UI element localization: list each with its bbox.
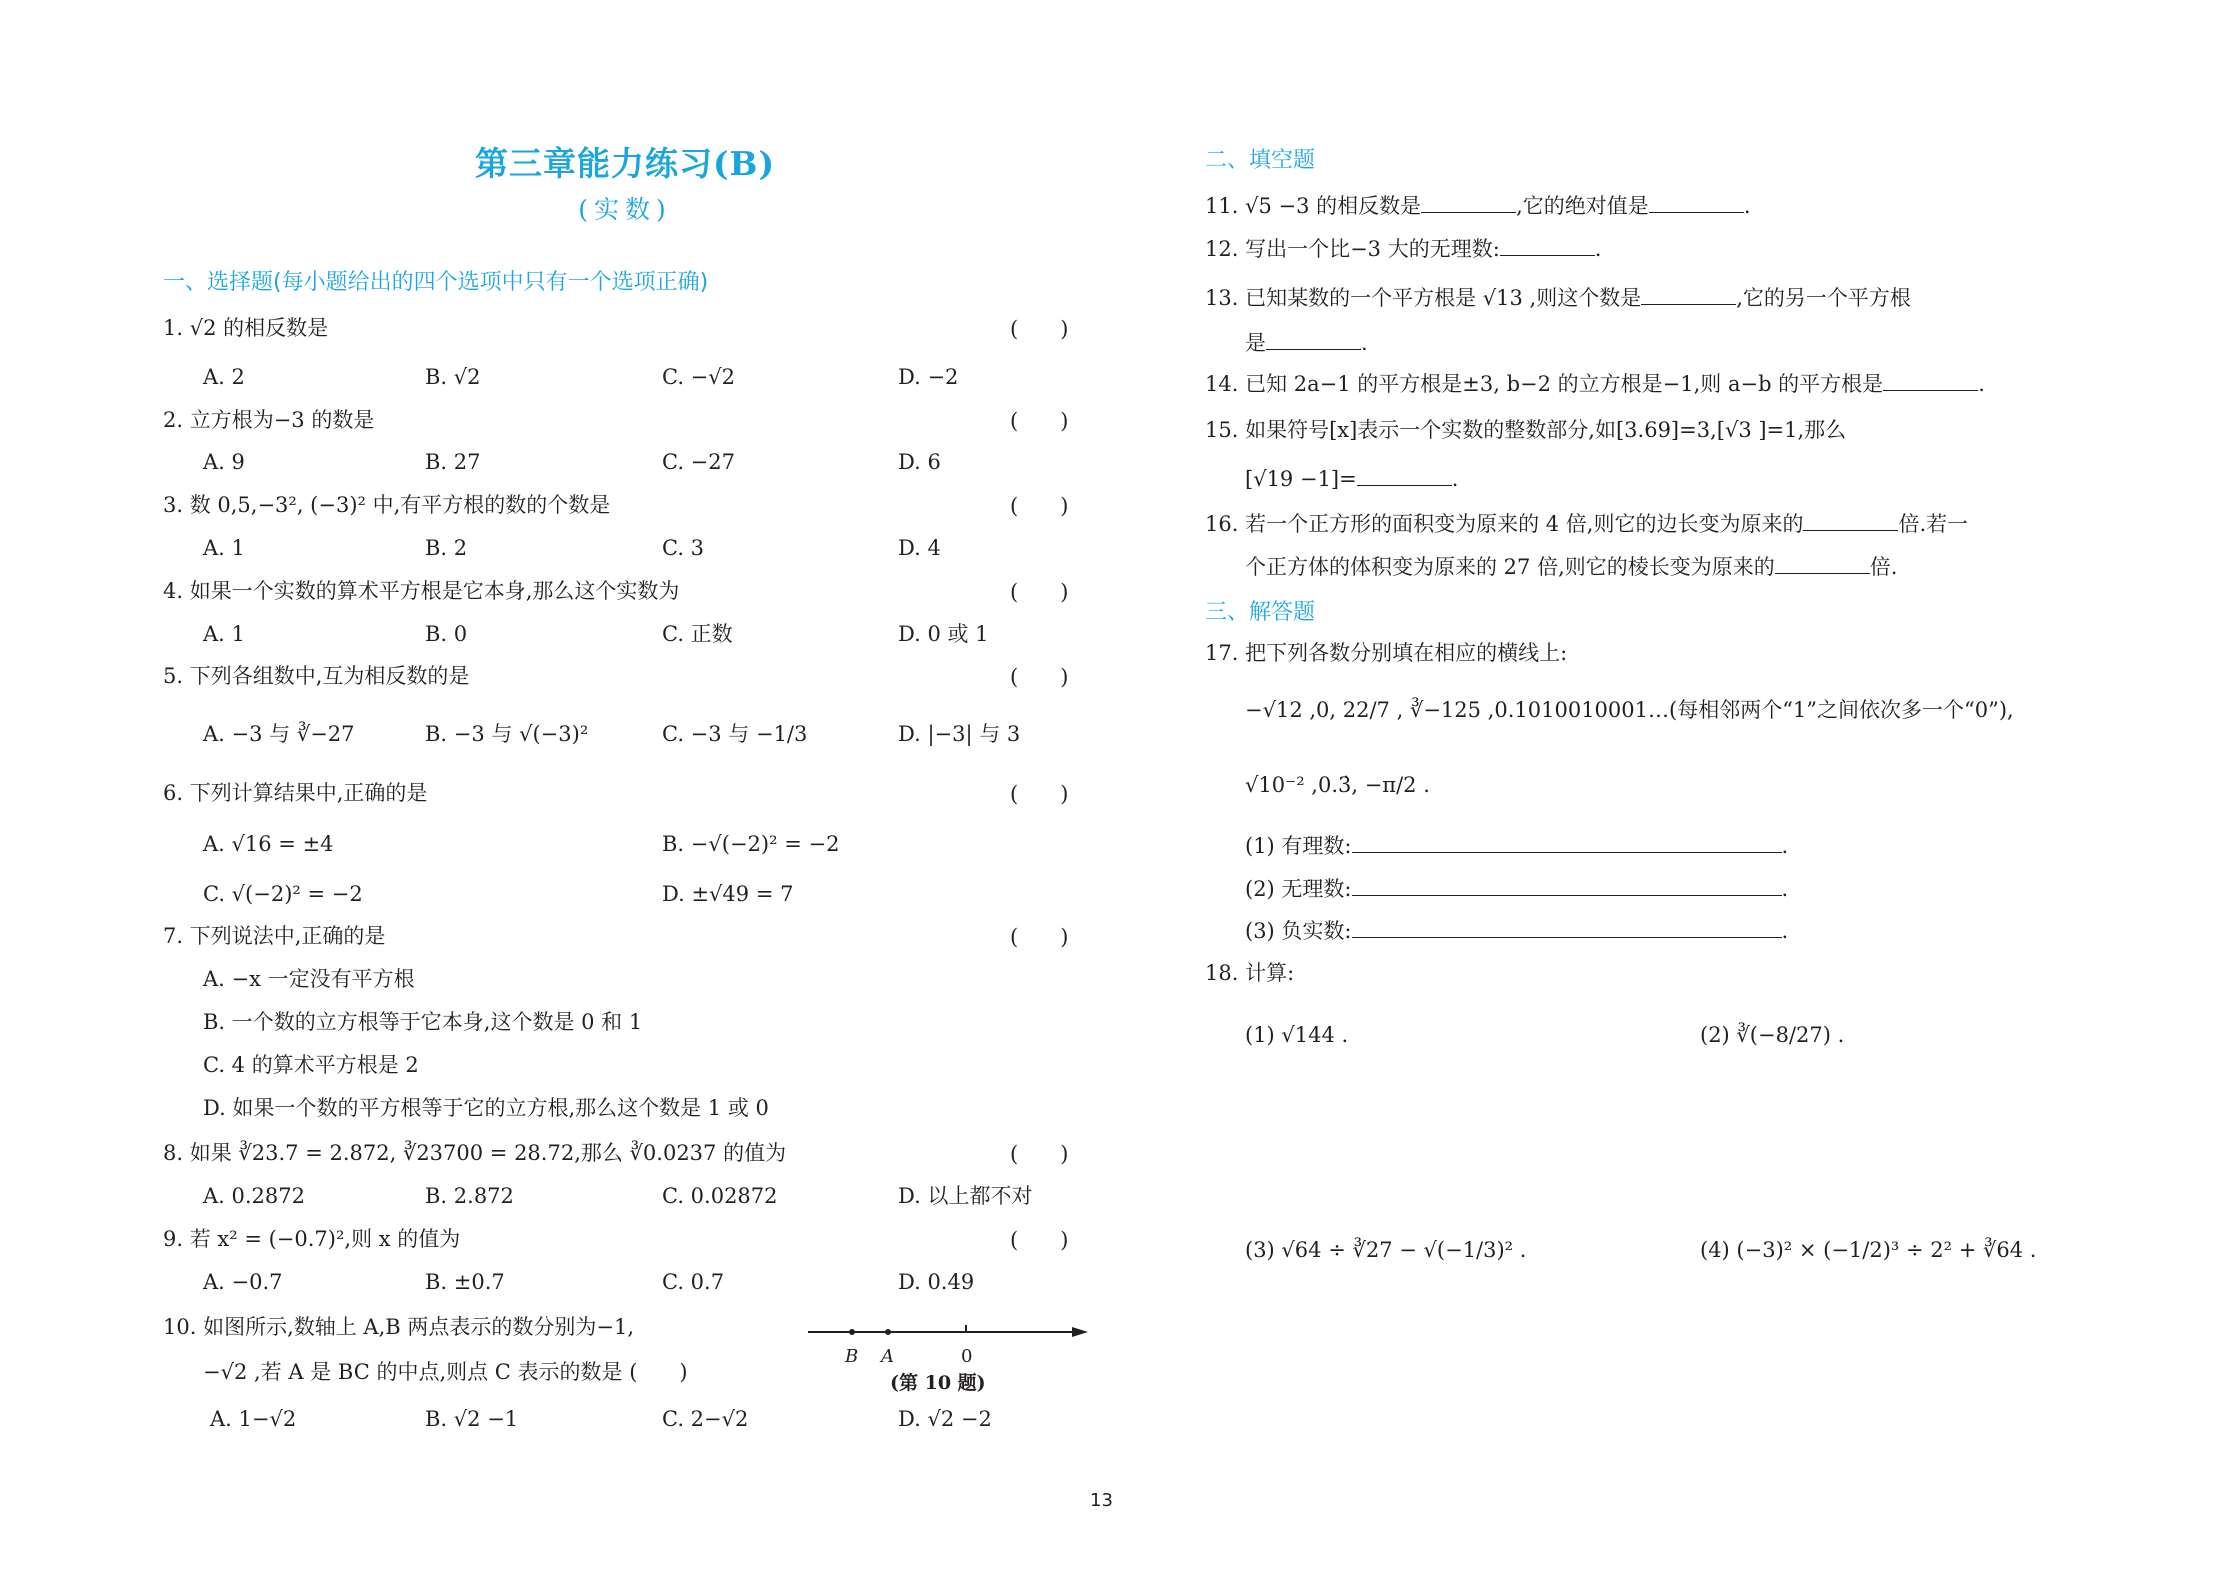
question-2: 2. 立方根为−3 的数是 xyxy=(163,405,374,435)
q18-part-2: (2) ∛(−8/27) . xyxy=(1700,1020,1844,1050)
answer-paren-4[interactable]: ( ) xyxy=(1010,576,1068,606)
page-number: 13 xyxy=(1090,1490,1113,1511)
q9-option-b[interactable]: B. ±0.7 xyxy=(425,1267,505,1297)
q9-option-d[interactable]: D. 0.49 xyxy=(898,1267,974,1297)
page-title: 第三章能力练习(B) xyxy=(455,138,795,185)
question-4: 4. 如果一个实数的算术平方根是它本身,那么这个实数为 xyxy=(163,576,679,606)
q14-text-1: 14. 已知 2a−1 的平方根是±3, b−2 的立方根是−1,则 a−b 的… xyxy=(1205,372,1883,396)
q4-option-d[interactable]: D. 0 或 1 xyxy=(898,619,989,649)
answer-paren-6[interactable]: ( ) xyxy=(1010,778,1068,808)
q13-text-3: 是 xyxy=(1245,331,1266,355)
q17-irrational-end: . xyxy=(1782,877,1789,901)
point-b-label: B xyxy=(845,1346,858,1367)
q7-option-b[interactable]: B. 一个数的立方根等于它本身,这个数是 0 和 1 xyxy=(203,1007,642,1037)
q3-option-a[interactable]: A. 1 xyxy=(203,533,245,563)
q3-option-c[interactable]: C. 3 xyxy=(662,533,704,563)
question-3: 3. 数 0,5,−3², (−3)² 中,有平方根的数的个数是 xyxy=(163,490,610,520)
q17-negative-label: (3) 负实数: xyxy=(1245,919,1352,943)
q7-option-d[interactable]: D. 如果一个数的平方根等于它的立方根,那么这个数是 1 或 0 xyxy=(203,1093,769,1123)
question-17: 17. 把下列各数分别填在相应的横线上: xyxy=(1205,638,1567,668)
q15-text-2: . xyxy=(1452,467,1459,491)
q14-text-2: . xyxy=(1978,372,1985,396)
q12-text-1: 12. 写出一个比−3 大的无理数: xyxy=(1205,237,1500,261)
q5-option-b[interactable]: B. −3 与 √(−3)² xyxy=(425,719,588,749)
q1-option-c[interactable]: C. −√2 xyxy=(662,362,735,392)
q17-numbers-line1: −√12 ,0, 22/7 , ∛−125 ,0.1010010001…(每相邻… xyxy=(1245,695,2014,725)
q2-option-d[interactable]: D. 6 xyxy=(898,447,941,477)
question-12: 12. 写出一个比−3 大的无理数:. xyxy=(1205,233,1601,264)
q5-option-c[interactable]: C. −3 与 −1/3 xyxy=(662,719,807,749)
q5-option-d[interactable]: D. |−3| 与 3 xyxy=(898,719,1020,749)
q17-numbers-line2: √10⁻² ,0.3̇, −π/2 . xyxy=(1245,770,1430,800)
figure-caption: (第 10 题) xyxy=(890,1368,986,1395)
q8-option-a[interactable]: A. 0.2872 xyxy=(203,1181,305,1211)
answer-paren-2[interactable]: ( ) xyxy=(1010,405,1068,435)
q13-blank-1[interactable] xyxy=(1641,282,1736,305)
q17-irrational-label: (2) 无理数: xyxy=(1245,877,1352,901)
question-9: 9. 若 x² = (−0.7)²,则 x 的值为 xyxy=(163,1224,460,1254)
q2-option-b[interactable]: B. 27 xyxy=(425,447,481,477)
q13-blank-2[interactable] xyxy=(1266,327,1361,350)
q4-option-c[interactable]: C. 正数 xyxy=(662,619,733,649)
page-subtitle: (实数) xyxy=(455,190,795,226)
q17-negative: (3) 负实数:. xyxy=(1245,915,1788,946)
section-heading-choice: 一、选择题(每小题给出的四个选项中只有一个选项正确) xyxy=(163,265,708,296)
q3-option-b[interactable]: B. 2 xyxy=(425,533,467,563)
q12-blank[interactable] xyxy=(1500,233,1595,256)
q17-rational: (1) 有理数:. xyxy=(1245,830,1788,861)
q16-blank-2[interactable] xyxy=(1775,551,1870,574)
q11-text-2: ,它的绝对值是 xyxy=(1516,194,1649,218)
answer-paren-7[interactable]: ( ) xyxy=(1010,921,1068,951)
q16-text-2: 倍.若一 xyxy=(1898,512,1968,536)
q8-option-b[interactable]: B. 2.872 xyxy=(425,1181,514,1211)
q4-option-a[interactable]: A. 1 xyxy=(203,619,245,649)
q3-option-d[interactable]: D. 4 xyxy=(898,533,941,563)
q17-rational-blank[interactable] xyxy=(1352,830,1782,853)
q11-blank-2[interactable] xyxy=(1649,190,1744,213)
q16-text-1: 16. 若一个正方形的面积变为原来的 4 倍,则它的边长变为原来的 xyxy=(1205,512,1803,536)
q15-blank[interactable] xyxy=(1357,463,1452,486)
q18-part-3: (3) √64 ÷ ∛27 − √(−1/3)² . xyxy=(1245,1235,1526,1265)
answer-paren-1[interactable]: ( ) xyxy=(1010,313,1068,343)
q7-option-c[interactable]: C. 4 的算术平方根是 2 xyxy=(203,1050,419,1080)
question-5: 5. 下列各组数中,互为相反数的是 xyxy=(163,661,469,691)
q13-text-1: 13. 已知某数的一个平方根是 √13 ,则这个数是 xyxy=(1205,286,1641,310)
question-11: 11. √5 −3 的相反数是,它的绝对值是. xyxy=(1205,190,1751,221)
q17-negative-end: . xyxy=(1782,919,1789,943)
worksheet-page: 第三章能力练习(B) (实数) 一、选择题(每小题给出的四个选项中只有一个选项正… xyxy=(0,0,2221,1571)
question-10-line2: −√2 ,若 A 是 BC 的中点,则点 C 表示的数是 ( ) xyxy=(203,1357,688,1387)
q8-option-c[interactable]: C. 0.02872 xyxy=(662,1181,778,1211)
q6-option-c[interactable]: C. √(−2)² = −2 xyxy=(203,879,363,909)
question-7: 7. 下列说法中,正确的是 xyxy=(163,921,385,951)
q11-text-3: . xyxy=(1744,194,1751,218)
question-15-line2: [√19 −1]=. xyxy=(1245,463,1458,494)
question-13-line2: 是. xyxy=(1245,327,1368,358)
question-8: 8. 如果 ∛23.7 = 2.872, ∛23700 = 28.72,那么 ∛… xyxy=(163,1138,786,1168)
q17-irrational: (2) 无理数:. xyxy=(1245,873,1788,904)
question-13-line1: 13. 已知某数的一个平方根是 √13 ,则这个数是,它的另一个平方根 xyxy=(1205,282,1911,313)
q13-text-4: . xyxy=(1361,331,1368,355)
q18-part-4: (4) (−3)² × (−1/2)³ ÷ 2² + ∛64 . xyxy=(1700,1235,2036,1265)
question-15-line1: 15. 如果符号[x]表示一个实数的整数部分,如[3.69]=3,[√3 ]=1… xyxy=(1205,415,1846,445)
question-14: 14. 已知 2a−1 的平方根是±3, b−2 的立方根是−1,则 a−b 的… xyxy=(1205,368,1985,399)
q2-option-c[interactable]: C. −27 xyxy=(662,447,735,477)
question-1: 1. √2 的相反数是 xyxy=(163,313,328,343)
q5-option-a[interactable]: A. −3 与 ∛−27 xyxy=(203,719,355,749)
q17-negative-blank[interactable] xyxy=(1352,915,1782,938)
answer-paren-3[interactable]: ( ) xyxy=(1010,490,1068,520)
question-16-line1: 16. 若一个正方形的面积变为原来的 4 倍,则它的边长变为原来的倍.若一 xyxy=(1205,508,1968,539)
q16-blank-1[interactable] xyxy=(1803,508,1898,531)
question-6: 6. 下列计算结果中,正确的是 xyxy=(163,778,427,808)
point-a-label: A xyxy=(881,1346,894,1367)
q2-option-a[interactable]: A. 9 xyxy=(203,447,245,477)
q16-text-3: 个正方体的体积变为原来的 27 倍,则它的棱长变为原来的 xyxy=(1245,555,1775,579)
q10-option-a[interactable]: A. 1−√2 xyxy=(210,1404,296,1434)
q13-text-2: ,它的另一个平方根 xyxy=(1736,286,1911,310)
q18-part-1: (1) √144 . xyxy=(1245,1020,1348,1050)
q9-option-c[interactable]: C. 0.7 xyxy=(662,1267,724,1297)
q11-blank-1[interactable] xyxy=(1421,190,1516,213)
origin-label: 0 xyxy=(961,1346,972,1367)
section-heading-answer: 三、解答题 xyxy=(1205,595,1315,626)
answer-paren-9[interactable]: ( ) xyxy=(1010,1224,1068,1254)
q12-text-2: . xyxy=(1595,237,1602,261)
q14-blank[interactable] xyxy=(1883,368,1978,391)
q4-option-b[interactable]: B. 0 xyxy=(425,619,467,649)
q1-option-b[interactable]: B. √2 xyxy=(425,362,481,392)
q16-text-4: 倍. xyxy=(1870,555,1898,579)
q6-option-b[interactable]: B. −√(−2)² = −2 xyxy=(662,829,839,859)
q8-option-d[interactable]: D. 以上都不对 xyxy=(898,1181,1032,1211)
q17-rational-end: . xyxy=(1782,834,1789,858)
q6-option-d[interactable]: D. ±√49 = 7 xyxy=(662,879,793,909)
q9-option-a[interactable]: A. −0.7 xyxy=(203,1267,283,1297)
q11-text-1: 11. √5 −3 的相反数是 xyxy=(1205,194,1421,218)
q17-rational-label: (1) 有理数: xyxy=(1245,834,1352,858)
q7-option-a[interactable]: A. −x 一定没有平方根 xyxy=(203,964,415,994)
answer-paren-5[interactable]: ( ) xyxy=(1010,661,1068,691)
question-16-line2: 个正方体的体积变为原来的 27 倍,则它的棱长变为原来的倍. xyxy=(1245,551,1897,582)
q17-irrational-blank[interactable] xyxy=(1352,873,1782,896)
answer-paren-8[interactable]: ( ) xyxy=(1010,1138,1068,1168)
q6-option-a[interactable]: A. √16 = ±4 xyxy=(203,829,334,859)
q1-option-a[interactable]: A. 2 xyxy=(203,362,245,392)
q10-option-d[interactable]: D. √2 −2 xyxy=(898,1404,992,1434)
q10-option-c[interactable]: C. 2−√2 xyxy=(662,1404,748,1434)
q1-option-d[interactable]: D. −2 xyxy=(898,362,958,392)
q10-option-b[interactable]: B. √2 −1 xyxy=(425,1404,518,1434)
q15-text-1: [√19 −1]= xyxy=(1245,467,1357,491)
question-18: 18. 计算: xyxy=(1205,958,1294,988)
question-10-line1: 10. 如图所示,数轴上 A,B 两点表示的数分别为−1, xyxy=(163,1312,634,1342)
section-heading-fill: 二、填空题 xyxy=(1205,143,1315,174)
